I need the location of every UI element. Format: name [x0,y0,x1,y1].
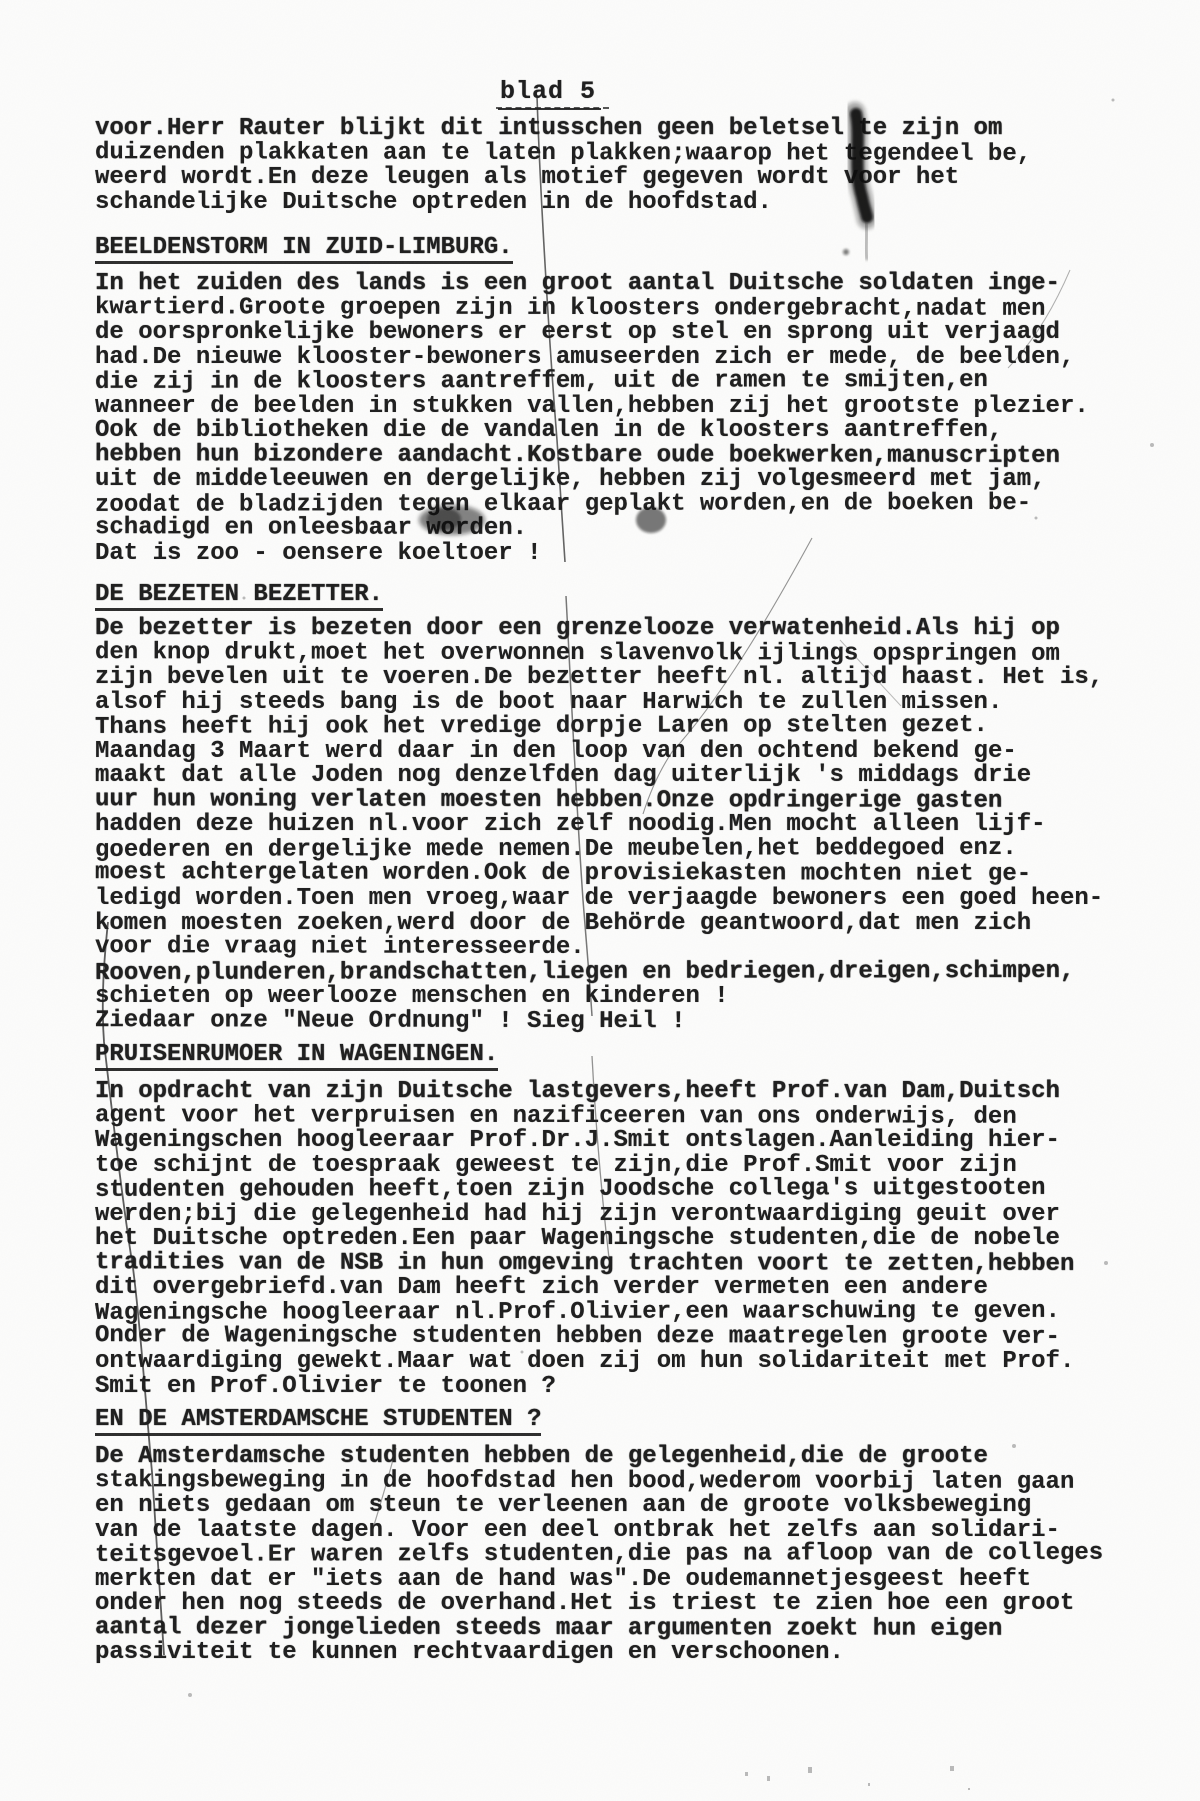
text-line: moest achtergelaten worden.Ook de provis… [95,862,1103,888]
text-line: aantal dezer jongelieden steeds maar arg… [95,1616,1103,1642]
text-line: schieten op weerlooze menschen en kinder… [95,985,1103,1010]
text-line: schadigd en onleesbaar worden. [95,517,1089,543]
text-line: duizenden plakkaten aan te laten plakken… [95,141,1031,167]
text-line: Rooven,plunderen,brandschatten,liegen en… [95,959,1103,986]
text-line: onder hen nog steeds de overhand.Het is … [95,1592,1103,1617]
text-line: en niets gedaan om steun te verleenen aa… [95,1494,1103,1519]
text-line: Smit en Prof.Olivier te toonen ? [95,1375,1074,1400]
text-line: ontwaardiging gewekt.Maar wat doen zij o… [95,1350,1074,1375]
text-line: Ook de bibliotheken die de vandalen in d… [95,419,1089,444]
text-line: het Duitsche optreden.Een paar Wagenings… [95,1227,1074,1252]
heading-amsterdamsche-studenten: EN DE AMSTERDAMSCHE STUDENTEN ? [95,1407,541,1436]
text-line: ledigd worden.Toen men vroeg,waar de ver… [95,887,1103,912]
text-line: stakingsbeweging in de hoofdstad hen boo… [95,1469,1103,1495]
text-line: agent voor het verpruisen en nazificeere… [95,1104,1074,1130]
text-line: passiviteit te kunnen rechtvaardigen en … [95,1641,1103,1666]
text-line: den knop drukt,moet het overwonnen slave… [95,641,1103,667]
text-line: Maandag 3 Maart werd daar in den loop va… [95,740,1103,765]
text-line: wanneer de beelden in stukken vallen,heb… [95,395,1089,420]
heading-bezeten-bezetter: DE BEZETEN BEZETTER. [95,582,383,611]
text-line: tradities van de NSB in hun omgeving tra… [95,1251,1074,1277]
beeldenstorm-paragraph: In het zuiden des lands is een groot aan… [95,272,1089,567]
text-line: studenten gehouden heeft,toen zijn Joods… [95,1177,1074,1204]
text-line: maakt dat alle Joden nog denzelfden dag … [95,764,1103,789]
text-line: Onder de Wageningsche studenten hebben d… [95,1325,1074,1351]
amsterdamsche-studenten-paragraph: De Amsterdamsche studenten hebben de gel… [95,1445,1103,1666]
text-line: voor.Herr Rauter blijkt dit intusschen g… [95,117,1031,142]
text-line: hebben hun bizondere aandacht.Kostbare o… [95,443,1089,469]
intro-paragraph: voor.Herr Rauter blijkt dit intusschen g… [95,117,1031,215]
text-line: die zij in de kloosters aantreffem, uit … [95,369,1089,396]
text-line: de oorspronkelijke bewoners er eerst op … [95,321,1089,346]
text-line: De Amsterdamsche studenten hebben de gel… [95,1445,1103,1470]
text-line: Ziedaar onze "Neue Ordnung" ! Sieg Heil … [95,1009,1103,1035]
text-line: kwartierd.Groote groepen zijn in klooste… [95,296,1089,322]
text-line: uur hun woning verlaten moesten hebben.O… [95,788,1103,814]
bezeten-bezetter-paragraph: De bezetter is bezeten door een grenzelo… [95,617,1103,1034]
scanned-document-page: blad 5 voor.Herr Rauter blijkt dit intus… [0,0,1200,1801]
text-line: weerd wordt.En deze leugen als motief ge… [95,166,1031,191]
text-line: Dat is zoo - oensere koeltoer ! [95,542,1089,567]
heading-pruisenrumoer: PRUISENRUMOER IN WAGENINGEN. [95,1042,498,1071]
text-line: De bezetter is bezeten door een grenzelo… [95,617,1103,642]
text-line: schandelijke Duitsche optreden in de hoo… [95,191,1031,216]
text-line: teitsgevoel.Er waren zelfs studenten,die… [95,1542,1103,1569]
text-line: Wageningschen hoogleeraar Prof.Dr.J.Smit… [95,1129,1074,1154]
text-line: In opdracht van zijn Duitsche lastgevers… [95,1080,1074,1105]
text-line: In het zuiden des lands is een groot aan… [95,272,1089,297]
text-line: werden;bij die gelegenheid had hij zijn … [95,1203,1074,1228]
pruisenrumoer-paragraph: In opdracht van zijn Duitsche lastgevers… [95,1080,1074,1399]
heading-beeldenstorm: BEELDENSTORM IN ZUID-LIMBURG. [95,235,513,264]
text-line: zijn bevelen uit te voeren.De bezetter h… [95,666,1103,691]
text-line: merkten dat er "iets aan de hand was".De… [95,1568,1103,1593]
text-line: Thans heeft hij ook het vredige dorpje L… [95,714,1103,741]
page-number-heading: blad 5 [498,77,601,110]
page-number-label: blad 5 [498,77,601,110]
